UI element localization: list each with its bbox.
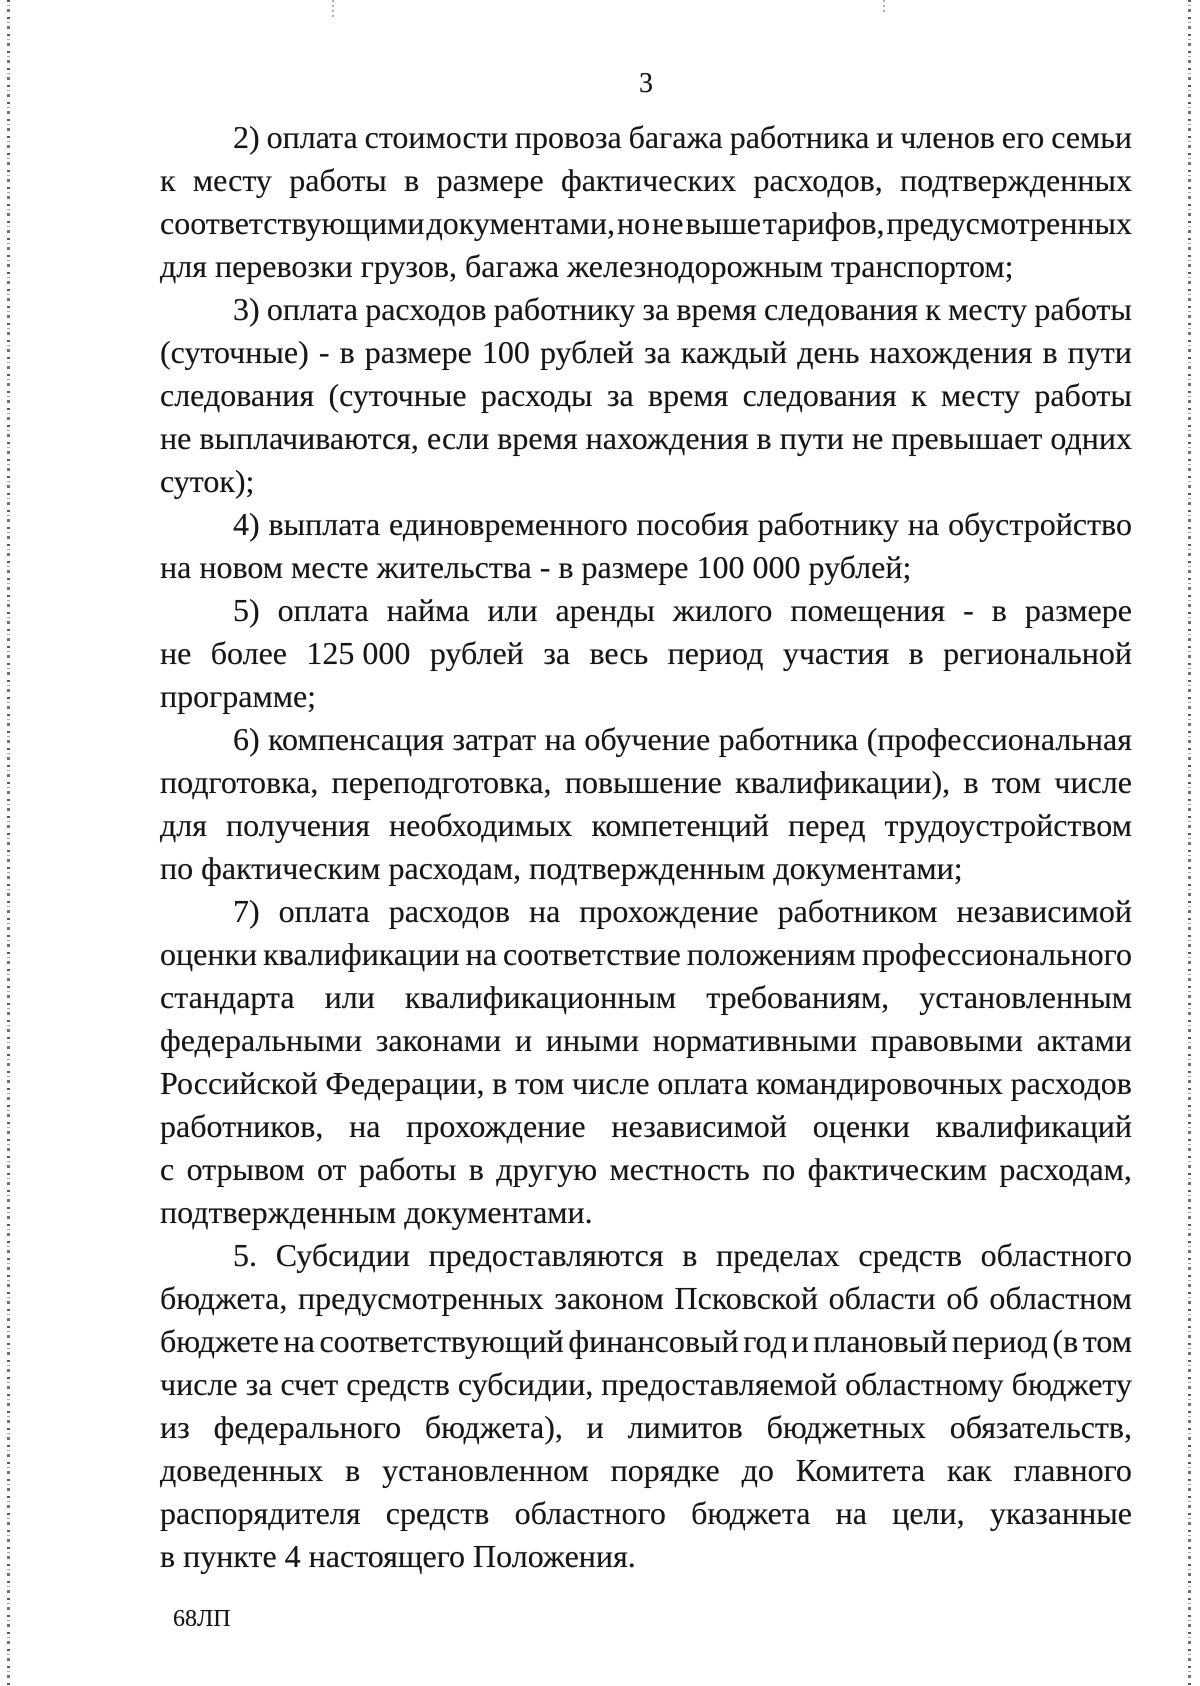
text-line: федеральнымизаконамиииныминормативнымипр… — [160, 1019, 1132, 1062]
text-line: 2)оплатастоимостипровозабагажаработникаи… — [160, 116, 1132, 159]
text-line: оценкиквалификациинасоответствиеположени… — [160, 933, 1132, 976]
paragraph: 6)компенсациязатратнаобучениеработника(п… — [160, 718, 1132, 890]
text-line: кместуработывразмерефактическихрасходов,… — [160, 159, 1132, 202]
text-line: следования(суточныерасходызавремяследова… — [160, 374, 1132, 417]
text-line: (суточные)-вразмере100рублейзакаждыйдень… — [160, 331, 1132, 374]
text-line: стандартаиликвалификационнымтребованиям,… — [160, 976, 1132, 1019]
text-line: 6)компенсациязатратнаобучениеработника(п… — [160, 718, 1132, 761]
footer-code: 68ЛП — [173, 1604, 231, 1634]
paragraph: 3)оплатарасходовработникузавремяследован… — [160, 288, 1132, 503]
text-line: по фактическим расходам, подтвержденным … — [160, 847, 1132, 890]
text-line: дляполучениянеобходимыхкомпетенцийпередт… — [160, 804, 1132, 847]
text-line: 5.Субсидиипредоставляютсявпределахсредст… — [160, 1234, 1132, 1277]
text-line: распорядителясредствобластногобюджетанац… — [160, 1492, 1132, 1535]
text-line: соответствующимидокументами,ноневышетари… — [160, 202, 1132, 245]
paragraph: 7)оплатарасходовнапрохождениеработникомн… — [160, 890, 1132, 1234]
text-line: в пункте 4 настоящего Положения. — [160, 1535, 1132, 1578]
text-line: 4)выплатаединовременногопособияработнику… — [160, 503, 1132, 546]
scan-fold-mark — [883, 0, 885, 12]
scan-fold-mark — [332, 0, 334, 18]
scan-artifact-right-edge — [1188, 0, 1191, 1686]
scan-artifact-left-edge — [7, 0, 10, 1686]
text-line: на новом месте жительства - в размере 10… — [160, 546, 1132, 589]
page-number: 3 — [160, 68, 1132, 100]
paragraph: 5.Субсидиипредоставляютсявпределахсредст… — [160, 1234, 1132, 1578]
document-body-text: 2)оплатастоимостипровозабагажаработникаи… — [160, 116, 1132, 1578]
text-line: РоссийскойФедерации,втомчислеоплатакоман… — [160, 1062, 1132, 1105]
text-line: неболее125 000рублейзавесьпериодучастияв… — [160, 632, 1132, 675]
text-line: невыплачиваются,есливремянахождениявпути… — [160, 417, 1132, 460]
text-line: работников,напрохождениенезависимойоценк… — [160, 1105, 1132, 1148]
text-line: подтвержденным документами. — [160, 1191, 1132, 1234]
text-line: 7)оплатарасходовнапрохождениеработникомн… — [160, 890, 1132, 933]
text-line: числезасчетсредствсубсидии,предоставляем… — [160, 1363, 1132, 1406]
scanned-document-page: 3 2)оплатастоимостипровозабагажаработник… — [0, 0, 1200, 1686]
text-line: 5)оплатанаймаилиарендыжилогопомещения-вр… — [160, 589, 1132, 632]
text-line: сотрывомотработывдругуюместностьпофактич… — [160, 1148, 1132, 1191]
paragraph: 2)оплатастоимостипровозабагажаработникаи… — [160, 116, 1132, 288]
text-line: бюджета,предусмотренныхзакономПсковскойо… — [160, 1277, 1132, 1320]
text-line: доведенныхвустановленномпорядкедоКомитет… — [160, 1449, 1132, 1492]
text-line: 3)оплатарасходовработникузавремяследован… — [160, 288, 1132, 331]
paragraph: 5)оплатанаймаилиарендыжилогопомещения-вр… — [160, 589, 1132, 718]
text-line: изфедеральногобюджета),илимитовбюджетных… — [160, 1406, 1132, 1449]
text-line: подготовка,переподготовка,повышениеквали… — [160, 761, 1132, 804]
text-line: для перевозки грузов, багажа железнодоро… — [160, 245, 1132, 288]
text-line: суток); — [160, 460, 1132, 503]
text-line: программе; — [160, 675, 1132, 718]
paragraph: 4)выплатаединовременногопособияработнику… — [160, 503, 1132, 589]
text-line: бюджетенасоответствующийфинансовыйгодипл… — [160, 1320, 1132, 1363]
